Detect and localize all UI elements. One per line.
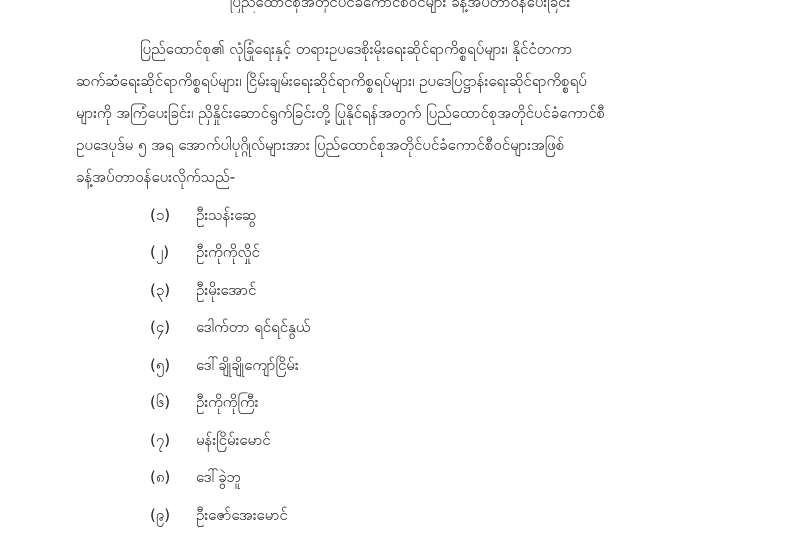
item-number: (၅) [150,356,196,378]
list-item: (၈) ဒေါ်ခွဲဘူ [150,461,550,499]
paragraph-line: ခန့်အပ်တာဝန်ပေးလိုက်သည်- [76,161,761,193]
member-name: ဒေါ်ခွဲဘူ [196,468,241,490]
member-list: (၁) ဦးသန်းဆွေ (၂) ဦးကိုကိုလှိုင် (၃) ဦးမ… [150,198,550,536]
item-number: (၈) [150,468,196,490]
member-name: ဦးဇော်အေးမောင် [196,506,288,528]
list-item: (၁) ဦးသန်းဆွေ [150,198,550,236]
item-number: (၂) [150,243,196,265]
member-name: ဒေါက်တာ ရင်ရင်နွယ် [196,318,310,340]
paragraph-line: ဆက်ဆံရေးဆိုင်ရာကိစ္စရပ်များ၊ ငြိမ်းချမ်း… [76,65,761,97]
list-item: (၂) ဦးကိုကိုလှိုင် [150,236,550,274]
list-item: (၉) ဦးဇော်အေးမောင် [150,498,550,536]
paragraph-line: ပြည်ထောင်စု၏ လုံခြုံရေးနှင့် တရားဥပဒေစို… [76,33,761,65]
item-number: (၆) [150,393,196,415]
body-paragraph: ပြည်ထောင်စု၏ လုံခြုံရေးနှင့် တရားဥပဒေစို… [76,33,761,193]
list-item: (၄) ဒေါက်တာ ရင်ရင်နွယ် [150,311,550,349]
list-item: (၇) မန်းငြိမ်းမောင် [150,423,550,461]
paragraph-line: ဥပဒေပုဒ်မ ၅ အရ အောက်ပါပုဂ္ဂိုလ်များအား ပ… [76,129,761,161]
member-name: ဦးသန်းဆွေ [196,206,256,228]
item-number: (၃) [150,281,196,303]
document-title: ပြည်ထောင်စုအတိုင်ပင်ခံကောင်စီဝင်များ ခန့… [150,0,650,13]
item-number: (၄) [150,318,196,340]
list-item: (၃) ဦးမိုးအောင် [150,273,550,311]
member-name: ဒေါ်ချိုချိုကျော်ငြိမ်း [196,356,299,378]
list-item: (၆) ဦးကိုကိုကြီး [150,386,550,424]
member-name: မန်းငြိမ်းမောင် [196,431,271,453]
list-item: (၅) ဒေါ်ချိုချိုကျော်ငြိမ်း [150,348,550,386]
document-page: ပြည်ထောင်စုအတိုင်ပင်ခံကောင်စီဝင်များ ခန့… [0,0,800,550]
member-name: ဦးကိုကိုကြီး [196,393,259,415]
item-number: (၉) [150,506,196,528]
paragraph-line: များကို အကြံပေးခြင်း၊ ညှိနှိုင်းဆောင်ရွက… [76,97,761,129]
member-name: ဦးမိုးအောင် [196,281,256,303]
member-name: ဦးကိုကိုလှိုင် [196,243,260,265]
item-number: (၇) [150,431,196,453]
item-number: (၁) [150,206,196,228]
